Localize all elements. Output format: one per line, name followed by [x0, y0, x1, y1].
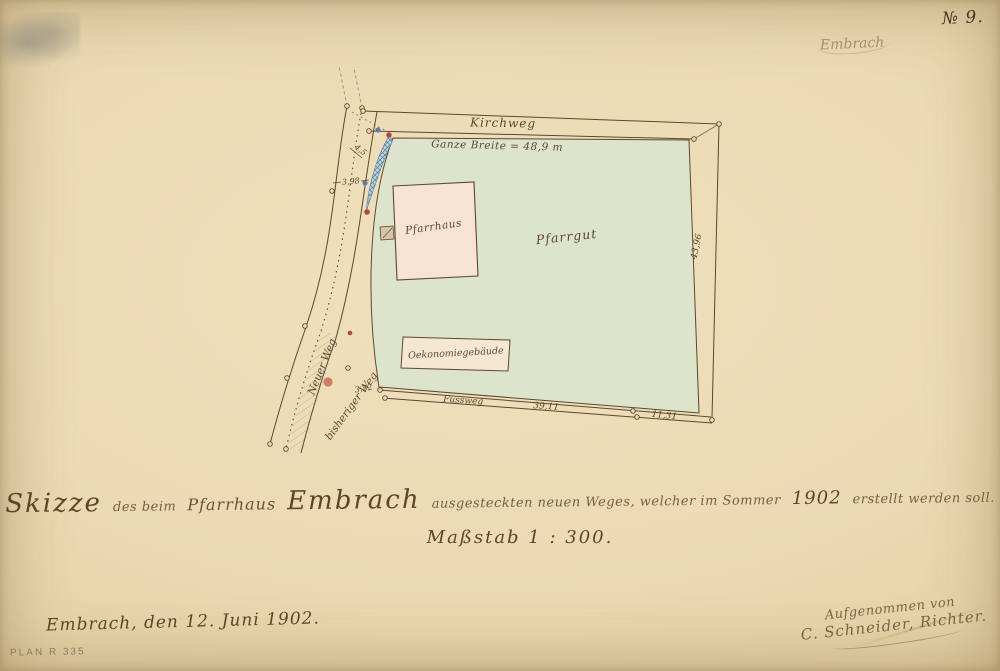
scale-note: Maßstab 1 : 300.	[0, 527, 1000, 548]
measure-45-label: 4,5	[352, 142, 368, 158]
title-words-middle: ausgesteckten neuen Weges, welcher im So…	[432, 493, 781, 512]
plan-drawing: Kirchweg Ganze Breite = 48,9 m Pfarrgut …	[0, 0, 1000, 671]
measure-bottom-b-label: 11,31	[651, 410, 678, 423]
title-year: 1902	[792, 487, 842, 509]
scanned-paper: Kirchweg Ganze Breite = 48,9 m Pfarrgut …	[0, 0, 1000, 671]
scan-blotch	[0, 12, 80, 70]
road-top-label: Kirchweg	[469, 115, 536, 130]
measure-398-label: 3,98	[342, 176, 361, 187]
title-words-des-beim: des beim	[113, 499, 176, 515]
title-word-skizze: Skizze	[5, 488, 102, 519]
archive-number: № 9.	[942, 7, 985, 29]
title-word-pfarrhaus: Pfarrhaus	[187, 494, 276, 514]
measure-path-label: Fussweg	[442, 395, 484, 408]
road-curves	[270, 66, 388, 453]
title-words-end: erstellt werden soll.	[853, 491, 995, 507]
archive-plan-reference: PLAN R 335	[10, 646, 86, 658]
title-word-embrach: Embrach	[287, 485, 421, 516]
measure-bottom-a-label: 39,11	[533, 401, 559, 413]
measure-332-label: 3,32	[354, 383, 373, 395]
